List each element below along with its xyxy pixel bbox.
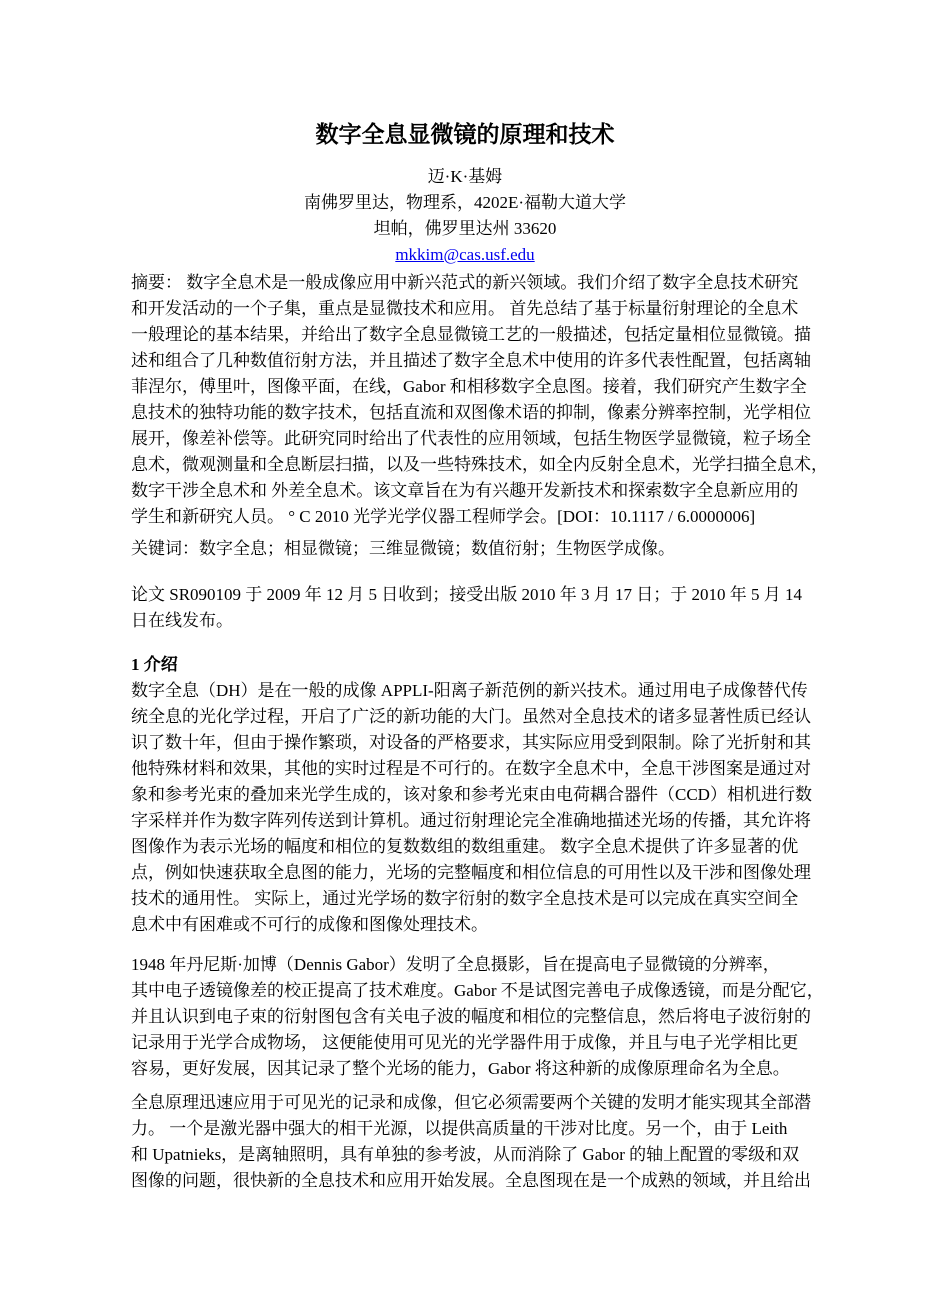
received-note: 论文 SR090109 于 2009 年 12 月 5 日收到；接受出版 201…: [131, 582, 799, 634]
intro-paragraph-1: 数字全息（DH）是在一般的成像 APPLI-阳离子新范例的新兴技术。通过用电子成…: [131, 678, 799, 938]
text-line: 技术的通用性。 实际上，通过光学场的数字衍射的数字全息技术是可以完成在真实空间全: [131, 886, 799, 912]
text-line: 全息原理迅速应用于可见光的记录和成像，但它必须需要两个关键的发明才能实现其全部潜: [131, 1090, 799, 1116]
intro-paragraph-2: 1948 年丹尼斯·加博（Dennis Gabor）发明了全息摄影，旨在提高电子…: [131, 952, 799, 1082]
email-link[interactable]: mkkim@cas.usf.edu: [395, 245, 534, 264]
text-line: 图像作为表示光场的幅度和相位的复数数组的数组重建。 数字全息术提供了许多显著的优: [131, 834, 799, 860]
text-line: 数字全息（DH）是在一般的成像 APPLI-阳离子新范例的新兴技术。通过用电子成…: [131, 678, 799, 704]
author-address: 坦帕，佛罗里达州 33620: [131, 216, 799, 242]
text-line: 他特殊材料和效果，其他的实时过程是不可行的。在数字全息术中，全息干涉图案是通过对: [131, 756, 799, 782]
text-line: 其中电子透镜像差的校正提高了技术难度。Gabor 不是试图完善电子成像透镜，而是…: [131, 978, 799, 1004]
text-line: 容易，更好发展，因其记录了整个光场的能力，Gabor 将这种新的成像原理命名为全…: [131, 1056, 799, 1082]
text-line: 统全息的光化学过程，开启了广泛的新功能的大门。虽然对全息技术的诸多显著性质已经认: [131, 704, 799, 730]
author-affiliation: 南佛罗里达，物理系，4202E·福勒大道大学: [131, 190, 799, 216]
text-line: 论文 SR090109 于 2009 年 12 月 5 日收到；接受出版 201…: [131, 582, 799, 608]
intro-paragraph-3: 全息原理迅速应用于可见光的记录和成像，但它必须需要两个关键的发明才能实现其全部潜…: [131, 1090, 799, 1194]
text-line: 息技术的独特功能的数字技术，包括直流和双图像术语的抑制，像素分辨率控制，光学相位: [131, 400, 799, 426]
text-line: 1948 年丹尼斯·加博（Dennis Gabor）发明了全息摄影，旨在提高电子…: [131, 952, 799, 978]
email-line: mkkim@cas.usf.edu: [131, 242, 799, 268]
text-line: 字采样并作为数字阵列传送到计算机。通过衍射理论完全准确地描述光场的传播，其允许将: [131, 808, 799, 834]
text-line: 图像的问题，很快新的全息技术和应用开始发展。全息图现在是一个成熟的领域，并且给出: [131, 1168, 799, 1194]
text-line: 数字干涉全息术和 外差全息术。该文章旨在为有兴趣开发新技术和探索数字全息新应用的: [131, 478, 799, 504]
text-line: 力。 一个是激光器中强大的相干光源，以提供高质量的干涉对比度。另一个，由于 Le…: [131, 1116, 799, 1142]
text-line: 学生和新研究人员。 ° C 2010 光学光学仪器工程师学会。[DOI：10.1…: [131, 504, 799, 530]
text-line: 并且认识到电子束的衍射图包含有关电子波的幅度和相位的完整信息，然后将电子波衍射的: [131, 1004, 799, 1030]
abstract: 摘要： 数字全息术是一般成像应用中新兴范式的新兴领域。我们介绍了数字全息技术研究…: [131, 270, 799, 530]
text-line: 息术，微观测量和全息断层扫描，以及一些特殊技术，如全内反射全息术，光学扫描全息术…: [131, 452, 799, 478]
text-line: 息术中有困难或不可行的成像和图像处理技术。: [131, 912, 799, 938]
keywords-line: 关键词：数字全息；相显微镜；三维显微镜；数值衍射；生物医学成像。: [131, 536, 799, 562]
section-heading-introduction: 1 介绍: [131, 652, 799, 678]
text-line: 述和组合了几种数值衍射方法，并且描述了数字全息术中使用的许多代表性配置，包括离轴: [131, 348, 799, 374]
text-line: 和开发活动的一个子集，重点是显微技术和应用。 首先总结了基于标量衍射理论的全息术: [131, 296, 799, 322]
document-canvas: { "colors": { "background": "#ffffff", "…: [0, 0, 926, 1309]
text-line: 一般理论的基本结果，并给出了数字全息显微镜工艺的一般描述，包括定量相位显微镜。描: [131, 322, 799, 348]
text-line: 象和参考光束的叠加来光学生成的，该对象和参考光束由电荷耦合器件（CCD）相机进行…: [131, 782, 799, 808]
text-line: 和 Upatnieks，是离轴照明，具有单独的参考波，从而消除了 Gabor 的…: [131, 1142, 799, 1168]
paper-title: 数字全息显微镜的原理和技术: [131, 118, 799, 150]
text-line: 识了数十年，但由于操作繁琐，对设备的严格要求，其实际应用受到限制。除了光折射和其: [131, 730, 799, 756]
text-line: 展开，像差补偿等。此研究同时给出了代表性的应用领域，包括生物医学显微镜，粒子场全: [131, 426, 799, 452]
text-line: 日在线发布。: [131, 608, 799, 634]
paper-page: 数字全息显微镜的原理和技术 迈·K·基姆 南佛罗里达，物理系，4202E·福勒大…: [131, 0, 799, 1194]
text-line: 摘要： 数字全息术是一般成像应用中新兴范式的新兴领域。我们介绍了数字全息技术研究: [131, 270, 799, 296]
author-name: 迈·K·基姆: [131, 164, 799, 190]
text-line: 菲涅尔，傅里叶，图像平面，在线，Gabor 和相移数字全息图。接着，我们研究产生…: [131, 374, 799, 400]
text-line: 记录用于光学合成物场， 这便能使用可见光的光学器件用于成像，并且与电子光学相比更: [131, 1030, 799, 1056]
text-line: 点，例如快速获取全息图的能力，光场的完整幅度和相位信息的可用性以及干涉和图像处理: [131, 860, 799, 886]
